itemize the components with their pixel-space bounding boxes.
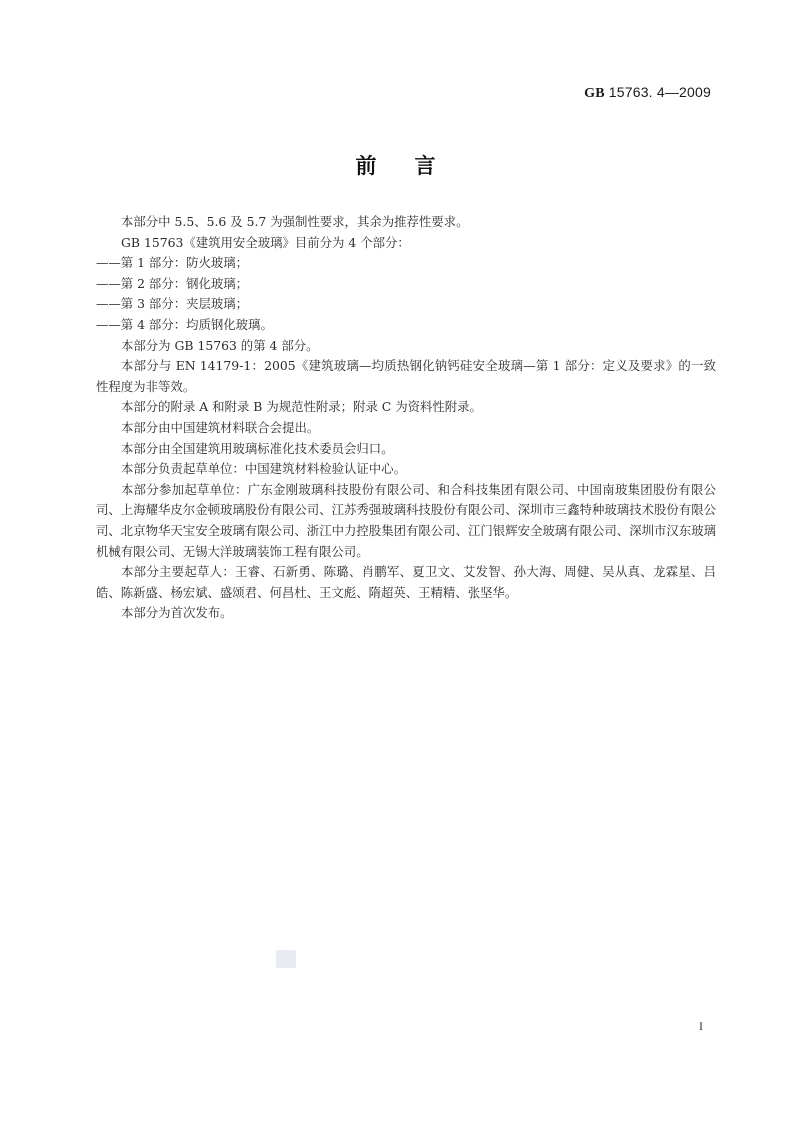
paragraph: 本部分由全国建筑用玻璃标准化技术委员会归口。 — [96, 439, 716, 460]
paragraph: 本部分为首次发布。 — [96, 603, 716, 624]
foreword-body: 本部分中 5.5、5.6 及 5.7 为强制性要求，其余为推荐性要求。 GB 1… — [96, 212, 716, 624]
paragraph: 本部分负责起草单位：中国建筑材料检验认证中心。 — [96, 459, 716, 480]
list-item: ——第 2 部分：钢化玻璃； — [96, 274, 716, 295]
standard-number: 15763. 4—2009 — [609, 84, 711, 100]
standard-prefix: GB — [584, 86, 605, 101]
paragraph: 本部分的附录 A 和附录 B 为规范性附录；附录 C 为资料性附录。 — [96, 397, 716, 418]
page-number: I — [699, 1019, 703, 1034]
paragraph: 本部分由中国建筑材料联合会提出。 — [96, 418, 716, 439]
paragraph: 本部分与 EN 14179-1：2005《建筑玻璃—均质热钢化钠钙硅安全玻璃—第… — [96, 356, 716, 397]
paragraph: 本部分中 5.5、5.6 及 5.7 为强制性要求，其余为推荐性要求。 — [96, 212, 716, 233]
paragraph: GB 15763《建筑用安全玻璃》目前分为 4 个部分： — [96, 233, 716, 254]
list-item: ——第 1 部分：防火玻璃； — [96, 253, 716, 274]
list-item: ——第 4 部分：均质钢化玻璃。 — [96, 315, 716, 336]
list-item: ——第 3 部分：夹层玻璃； — [96, 294, 716, 315]
page-title: 前言 — [0, 150, 791, 180]
document-page: GB15763. 4—2009 前言 本部分中 5.5、5.6 及 5.7 为强… — [0, 0, 791, 1122]
paragraph: 本部分为 GB 15763 的第 4 部分。 — [96, 336, 716, 357]
standard-code-header: GB15763. 4—2009 — [584, 84, 711, 102]
paragraph: 本部分主要起草人：王睿、石新勇、陈璐、肖鹏军、夏卫文、艾发智、孙大海、周健、吴从… — [96, 562, 716, 603]
paragraph: 本部分参加起草单位：广东金刚玻璃科技股份有限公司、和合科技集团有限公司、中国南玻… — [96, 480, 716, 562]
watermark-logo-icon — [276, 950, 296, 968]
